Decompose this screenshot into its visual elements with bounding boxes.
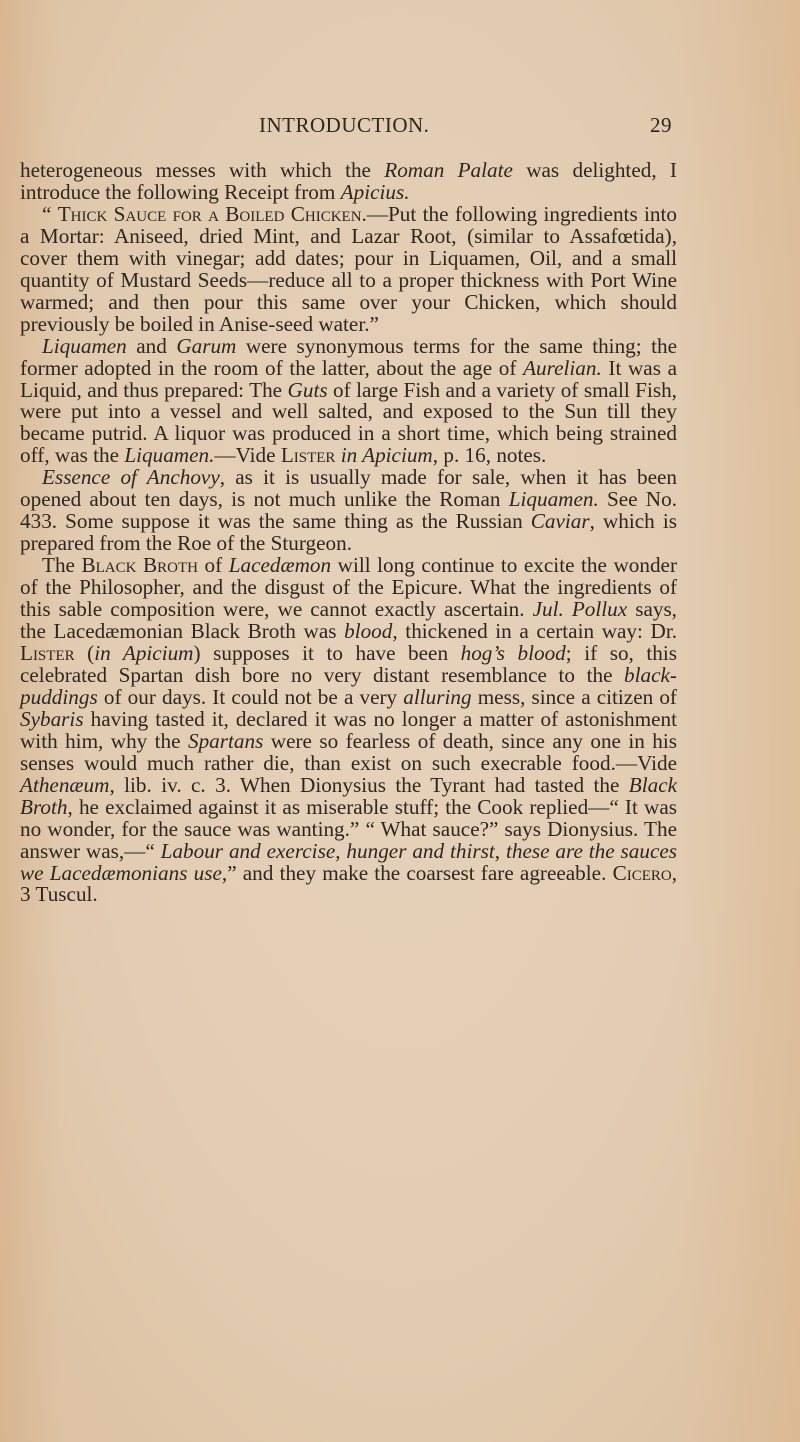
italic-text: alluring bbox=[403, 685, 471, 709]
paragraph-black-broth: The Black Broth of Lacedæmon will long c… bbox=[20, 555, 677, 906]
running-title: INTRODUCTION. bbox=[259, 113, 429, 138]
italic-text: in Apicium bbox=[94, 641, 193, 665]
text-run: and bbox=[127, 334, 177, 358]
italic-text: Sybaris bbox=[20, 707, 84, 731]
text-run: ( bbox=[75, 641, 95, 665]
paragraph-continuation: heterogeneous messes with which the Roma… bbox=[20, 160, 677, 204]
small-caps-text: Thick Sauce for a Boiled Chicken. bbox=[58, 202, 367, 226]
italic-text: Liquamen. bbox=[124, 443, 214, 467]
paragraph-thick-sauce-receipt: “ Thick Sauce for a Boiled Chicken.—Put … bbox=[20, 204, 677, 336]
text-run: , bbox=[495, 839, 506, 863]
italic-text: Guts bbox=[288, 378, 328, 402]
text-run: of bbox=[198, 553, 229, 577]
text-run: , lib. iv. c. 3. When Dionysius the Tyra… bbox=[109, 773, 628, 797]
italic-text: Labour and exercise, hunger and thirst bbox=[161, 839, 495, 863]
text-run: ,” and they make the coarsest fare agree… bbox=[222, 861, 613, 885]
italic-text: Liquamen bbox=[42, 334, 127, 358]
italic-text: Essence of Anchovy bbox=[42, 465, 220, 489]
italic-text: Apicius. bbox=[341, 180, 410, 204]
small-caps-text: Black Broth bbox=[81, 553, 197, 577]
text-run: of our days. It could not be a very bbox=[98, 685, 404, 709]
italic-text: Roman Palate bbox=[384, 158, 513, 182]
text-run: mess, since a citizen of bbox=[472, 685, 677, 709]
italic-text: Athenæum bbox=[20, 773, 109, 797]
page-edge-shading-right bbox=[680, 0, 800, 1442]
small-caps-text: Lister bbox=[281, 443, 336, 467]
italic-text: Aurelian. bbox=[523, 356, 602, 380]
italic-text: hog’s blood bbox=[461, 641, 566, 665]
page-number: 29 bbox=[650, 113, 672, 138]
text-run: The bbox=[42, 553, 81, 577]
italic-text: Garum bbox=[176, 334, 236, 358]
italic-text: in Apicium bbox=[341, 443, 433, 467]
paragraph-essence-of-anchovy: Essence of Anchovy, as it is usually mad… bbox=[20, 467, 677, 555]
italic-text: Spartans bbox=[188, 729, 263, 753]
text-run: “ bbox=[42, 202, 58, 226]
small-caps-text: Lister bbox=[20, 641, 75, 665]
italic-text: Liquamen. bbox=[509, 487, 599, 511]
body-text: heterogeneous messes with which the Roma… bbox=[20, 160, 677, 906]
italic-text: Caviar bbox=[531, 509, 590, 533]
text-run: , thickened in a certain way: Dr. bbox=[392, 619, 677, 643]
text-run: —Vide bbox=[214, 443, 280, 467]
text-run: , p. 16, notes. bbox=[433, 443, 547, 467]
italic-text: Lacedæmon bbox=[229, 553, 331, 577]
italic-text: blood bbox=[344, 619, 392, 643]
italic-text: Jul. Pollux bbox=[533, 597, 628, 621]
text-run: heterogeneous messes with which the bbox=[20, 158, 384, 182]
paragraph-liquamen: Liquamen and Garum were synonymous terms… bbox=[20, 336, 677, 468]
small-caps-text: Cicero bbox=[613, 861, 672, 885]
text-run: ) supposes it to have been bbox=[194, 641, 461, 665]
running-head: INTRODUCTION. 29 bbox=[0, 113, 800, 143]
